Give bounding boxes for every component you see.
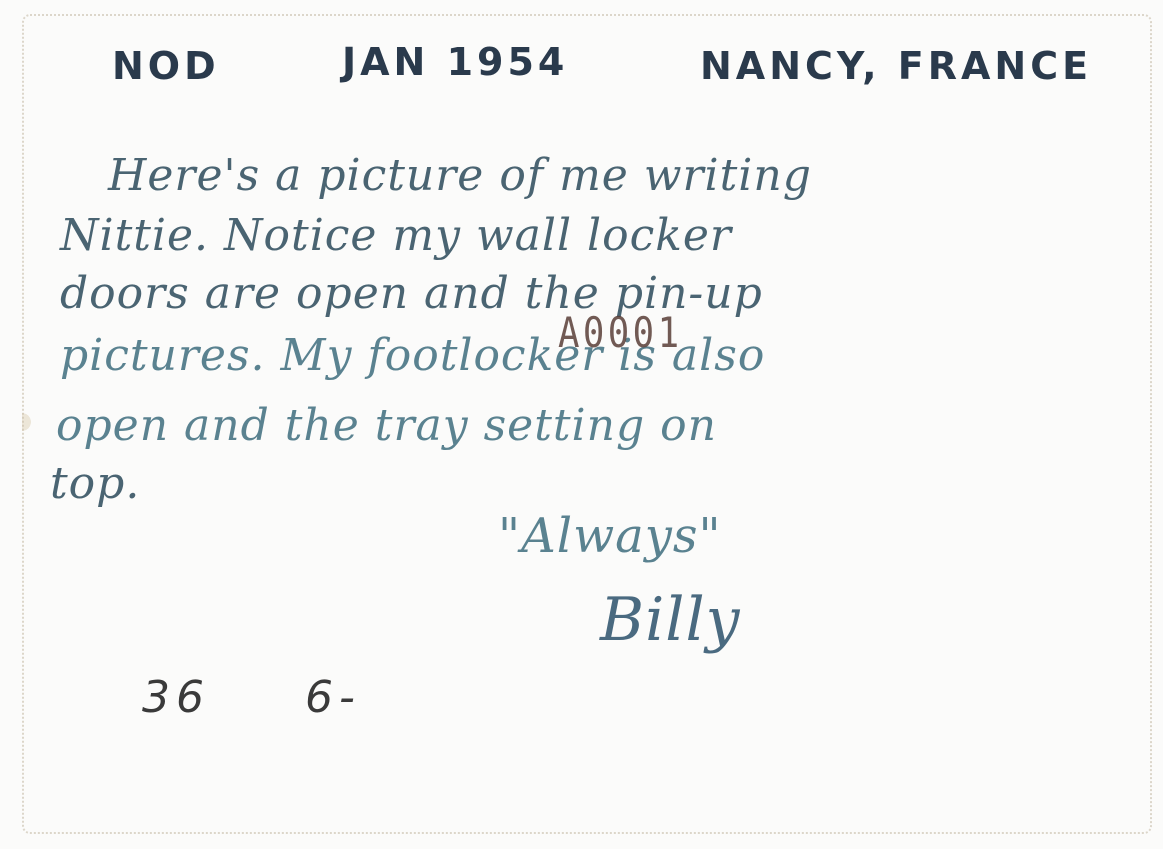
message-line-6: top. [50, 458, 140, 509]
message-line-2: Nittie. Notice my wall locker [60, 210, 732, 261]
ref-number-2: 6- [305, 672, 361, 723]
header-date: JAN 1954 [342, 40, 568, 84]
archive-stamp: A0001 [558, 308, 682, 357]
signature: Billy [600, 585, 741, 655]
message-line-1: Here's a picture of me writing [108, 150, 812, 201]
message-line-5: open and the tray setting on [56, 400, 717, 451]
closing: "Always" [498, 508, 722, 564]
header-location: NANCY, FRANCE [700, 44, 1092, 88]
ref-number-1: 36 [142, 672, 210, 723]
header-unit: NOD [112, 44, 220, 88]
